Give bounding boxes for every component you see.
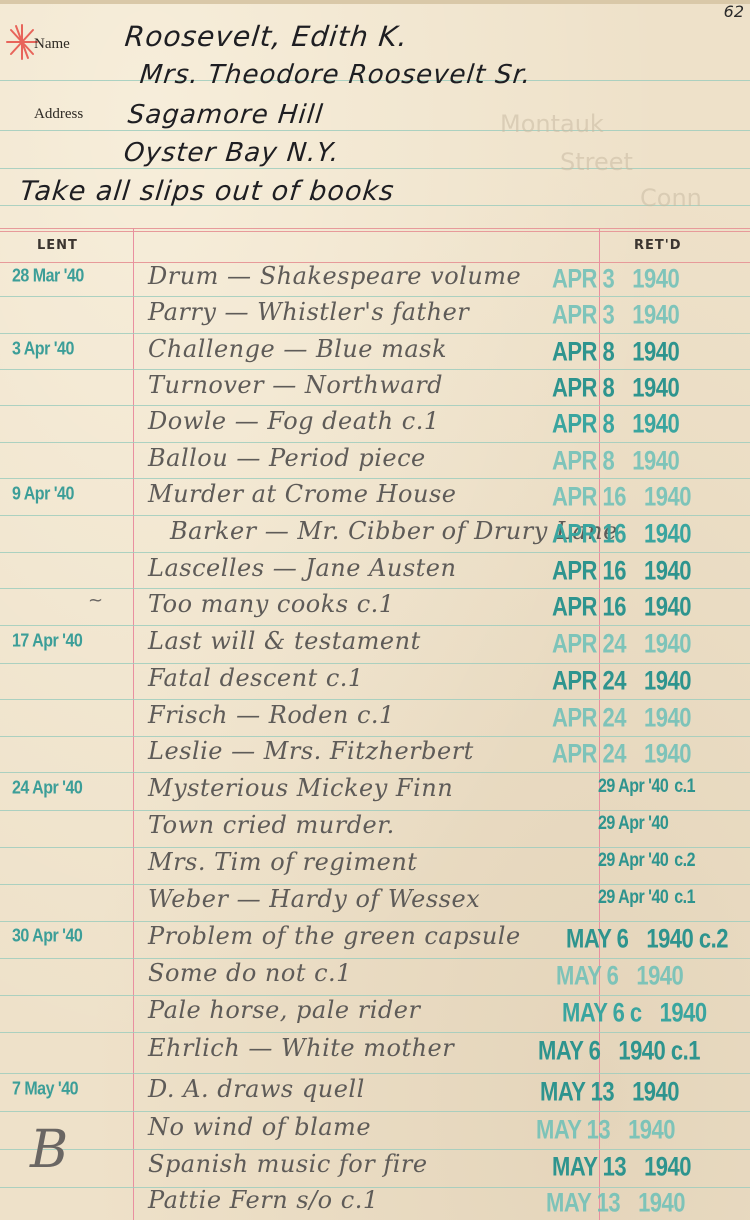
return-year: 1940 [644,628,691,658]
lent-date-stamp: 24 Apr '40 [12,779,130,800]
return-day: APR 3 [552,299,614,329]
patron-name-alt: Mrs. Theodore Roosevelt Sr. [138,60,533,90]
returned-date-stamp: MAY 131940 [536,1114,736,1145]
returned-date-stamp: APR 31940 [552,299,750,330]
loan-row: Leslie — Mrs. Fitzherbert APR 241940 [0,737,750,774]
returned-date-stamp: APR 81940 [552,445,750,476]
return-day: 29 Apr '40 [598,776,668,796]
loan-row: Barker — Mr. Cibber of Drury Lane APR 16… [0,517,750,554]
loan-row: Weber — Hardy of Wessex 29 Apr '40c.1 [0,885,750,922]
return-day: MAY 6 c [562,997,642,1027]
return-year: 1940 c.1 [618,1035,700,1065]
library-loan-card: 62 Name Address Roosevelt, Edith K. Mrs.… [0,0,750,1220]
loan-row: No wind of blame MAY 131940 [0,1113,750,1150]
return-year: 1940 [644,665,691,695]
book-title: Frisch — Roden c.1 [148,701,598,729]
book-title: D. A. draws quell [148,1075,598,1103]
return-year: 1940 [632,263,679,293]
loan-row: Some do not c.1 MAY 61940 [0,959,750,996]
book-title: Murder at Crome House [148,480,598,508]
loan-row: Fatal descent c.1 APR 241940 [0,664,750,701]
returned-date-stamp: APR 81940 [552,372,750,403]
returned-date-stamp: APR 161940 [552,481,750,512]
loan-row: 3 Apr '40 Challenge — Blue mask APR 8194… [0,335,750,372]
address-line-2: Oyster Bay N.Y. [122,138,341,168]
loan-row: Parry — Whistler's father APR 31940 [0,298,750,335]
address-label: Address [34,106,83,123]
loan-row: Frisch — Roden c.1 APR 241940 [0,701,750,738]
returned-date-stamp: APR 31940 [552,263,750,294]
return-day: MAY 6 [556,960,618,990]
book-title: Turnover — Northward [148,371,598,399]
book-title: Leslie — Mrs. Fitzherbert [148,737,598,765]
page-number: 62 [724,2,744,21]
returned-date-stamp: APR 161940 [552,555,750,586]
book-title: Town cried murder. [148,811,598,839]
return-day: APR 8 [552,445,614,475]
loan-row: Dowle — Fog death c.1 APR 81940 [0,407,750,444]
margin-letter-b: B [30,1120,68,1180]
book-title: Problem of the green capsule [148,922,598,950]
book-title: Lascelles — Jane Austen [148,554,598,582]
return-day: MAY 13 [540,1076,614,1106]
return-day: APR 24 [552,738,626,768]
returned-date-stamp: MAY 131940 [546,1187,746,1218]
address-line-1: Sagamore Hill [126,100,324,130]
returned-date-stamp: 29 Apr '40c.1 [598,776,750,798]
book-title: Some do not c.1 [148,959,598,987]
return-note: c.1 [674,776,695,796]
return-day: MAY 6 [566,923,628,953]
loan-row: Turnover — Northward APR 81940 [0,371,750,408]
returned-date-stamp: MAY 6 c1940 [562,997,750,1028]
return-day: APR 16 [552,591,626,621]
return-day: APR 16 [552,481,626,511]
return-day: APR 3 [552,263,614,293]
return-day: APR 8 [552,336,614,366]
return-day: APR 24 [552,702,626,732]
returned-date-stamp: MAY 61940 [556,960,750,991]
book-title: Dowle — Fog death c.1 [148,407,598,435]
instruction-note: Take all slips out of books [18,176,396,207]
return-day: MAY 13 [552,1151,626,1181]
return-day: APR 16 [552,518,626,548]
ruled-line [0,130,750,131]
book-title: Drum — Shakespeare volume [148,262,598,290]
returned-date-stamp: APR 241940 [552,702,750,733]
ruled-line [0,1073,750,1074]
return-day: APR 8 [552,408,614,438]
lent-date-stamp: 3 Apr '40 [12,340,130,361]
return-year: 1940 [644,591,691,621]
return-year: 1940 [660,997,707,1027]
book-title: Challenge — Blue mask [148,335,598,363]
return-day: 29 Apr '40 [598,850,668,870]
return-year: 1940 [644,702,691,732]
loan-row: 24 Apr '40 Mysterious Mickey Finn 29 Apr… [0,774,750,811]
returned-date-stamp: APR 81940 [552,408,750,439]
returned-date-stamp: 29 Apr '40c.2 [598,850,750,872]
loan-row: Pale horse, pale rider MAY 6 c1940 [0,996,750,1033]
red-rule [0,231,750,232]
return-year: 1940 [632,336,679,366]
return-year: 1940 [632,299,679,329]
ruled-line [0,168,750,169]
loan-row: Spanish music for fire MAY 131940 [0,1150,750,1187]
return-day: 29 Apr '40 [598,887,668,907]
loan-row: Ehrlich — White mother MAY 61940 c.1 [0,1034,750,1071]
loan-row: Too many cooks c.1 APR 161940 [0,590,750,627]
return-year: 1940 [644,555,691,585]
return-year: 1940 [632,1076,679,1106]
lent-date-stamp: 28 Mar '40 [12,267,130,288]
return-day: APR 24 [552,628,626,658]
lent-column-header: LENT [37,238,78,253]
return-day: MAY 13 [536,1114,610,1144]
returned-date-stamp: MAY 131940 [540,1076,740,1107]
loan-row: 30 Apr '40 Problem of the green capsule … [0,922,750,959]
returned-date-stamp: APR 241940 [552,628,750,659]
patron-name: Roosevelt, Edith K. [123,20,409,53]
returned-date-stamp: 29 Apr '40 [598,813,750,835]
return-year: 1940 c.2 [646,923,728,953]
loan-row: 7 May '40 D. A. draws quell MAY 131940 [0,1075,750,1112]
return-day: MAY 13 [546,1187,620,1217]
return-note: c.2 [674,850,695,870]
return-day: 29 Apr '40 [598,813,668,833]
book-title: Last will & testament [148,627,598,655]
loan-row: 9 Apr '40 Murder at Crome House APR 1619… [0,480,750,517]
lent-date-stamp: 17 Apr '40 [12,632,130,653]
loan-row: Lascelles — Jane Austen APR 161940 [0,554,750,591]
return-year: 1940 [632,408,679,438]
returned-date-stamp: MAY 131940 [552,1151,750,1182]
ghost-text: Montauk [500,110,604,138]
return-day: APR 24 [552,665,626,695]
return-year: 1940 [632,372,679,402]
return-day: APR 8 [552,372,614,402]
margin-tilde-mark: ~ [88,590,103,611]
book-title: Pale horse, pale rider [148,996,598,1024]
loan-row: Pattie Fern s/o c.1 MAY 131940 [0,1186,750,1220]
return-year: 1940 [638,1187,685,1217]
return-day: MAY 6 [538,1035,600,1065]
book-title: Mysterious Mickey Finn [148,774,598,802]
return-year: 1940 [644,481,691,511]
loan-row: Mrs. Tim of regiment 29 Apr '40c.2 [0,848,750,885]
return-year: 1940 [628,1114,675,1144]
loan-row: Town cried murder. 29 Apr '40 [0,811,750,848]
card-top-edge [0,0,750,4]
return-note: c.1 [674,887,695,907]
book-title: Weber — Hardy of Wessex [148,885,598,913]
red-rule [0,228,750,229]
book-title: Ballou — Period piece [148,444,598,472]
returned-date-stamp: MAY 61940 c.1 [538,1035,738,1066]
book-title: Too many cooks c.1 [148,590,598,618]
book-title: Mrs. Tim of regiment [148,848,598,876]
ghost-text: Street [560,148,633,176]
return-year: 1940 [632,445,679,475]
book-title: Ehrlich — White mother [148,1034,598,1062]
returned-date-stamp: APR 161940 [552,518,750,549]
book-title: Pattie Fern s/o c.1 [148,1186,598,1214]
returned-date-stamp: 29 Apr '40c.1 [598,887,750,909]
return-day: APR 16 [552,555,626,585]
loan-row: 28 Mar '40 Drum — Shakespeare volume APR… [0,262,750,299]
book-title: No wind of blame [148,1113,598,1141]
book-title: Fatal descent c.1 [148,664,598,692]
return-year: 1940 [644,738,691,768]
loan-row: 17 Apr '40 Last will & testament APR 241… [0,627,750,664]
lent-date-stamp: 30 Apr '40 [12,927,130,948]
return-year: 1940 [636,960,683,990]
book-title: Parry — Whistler's father [148,298,598,326]
returned-date-stamp: MAY 61940 c.2 [566,923,750,954]
returned-date-stamp: APR 241940 [552,738,750,769]
returned-date-stamp: APR 81940 [552,336,750,367]
returned-date-stamp: APR 161940 [552,591,750,622]
loan-row: Ballou — Period piece APR 81940 [0,444,750,481]
ghost-text: Conn [640,184,702,212]
name-label: Name [34,36,70,53]
lent-date-stamp: 9 Apr '40 [12,485,130,506]
book-title: Spanish music for fire [148,1150,598,1178]
return-year: 1940 [644,1151,691,1181]
lent-date-stamp: 7 May '40 [12,1080,130,1101]
returned-date-stamp: APR 241940 [552,665,750,696]
return-year: 1940 [644,518,691,548]
returned-column-header: RET'D [634,238,682,253]
